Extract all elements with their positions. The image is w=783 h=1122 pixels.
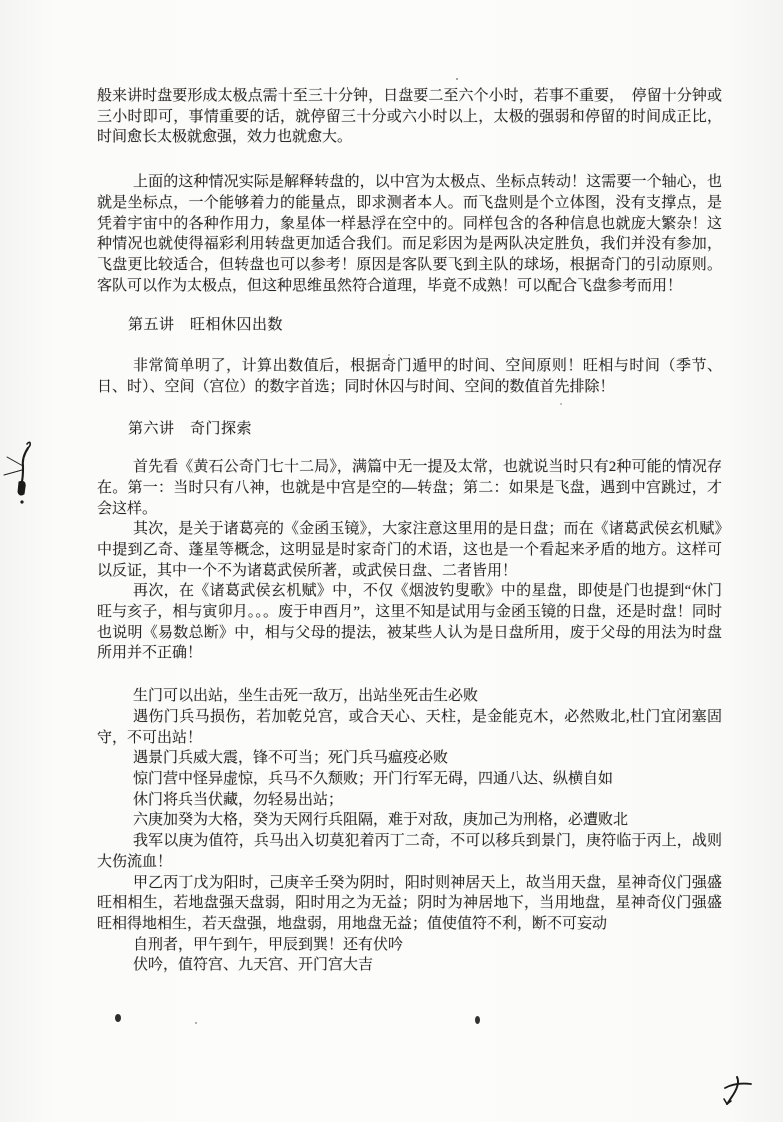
ink-speck	[456, 78, 458, 80]
verse-line: 遇伤门兵马损伤，若加乾兑宫，或合天心、天柱，是金能克木，必然败北,杜门宜闭塞固守…	[97, 707, 722, 748]
handwritten-margin-mark	[0, 436, 38, 510]
verse-line: 伏吟，值符宫、九天宫、开门宫大吉	[97, 955, 722, 976]
page-text-column: 般来讲时盘要形成太极点需十至三十分钟，日盘要二至六个小时，若事不重要， 停留十分…	[97, 86, 722, 976]
verse-line: 生门可以出站，坐生击死一敌万，出站坐死击生必败	[97, 686, 722, 707]
handwritten-corner-mark	[698, 1068, 768, 1114]
body-paragraph: 上面的这种情况实际是解释转盘的，以中宫为太极点、坐标点转动！这需要一个轴心，也就…	[97, 172, 722, 296]
ink-speck	[388, 354, 390, 356]
verse-line: 六庚加癸为大格，癸为天网行兵阻隔，难于对敌，庚加己为刑格，必遭败北	[97, 810, 722, 831]
ink-speck	[475, 1016, 480, 1024]
ink-speck	[115, 1014, 121, 1022]
body-paragraph: 再次，在《诸葛武侯玄机赋》中，不仅《烟波钓叟歌》中的星盘，即使是门也提到“休门旺…	[97, 581, 722, 664]
verse-line: 自刑者，甲午到午，甲辰到巽！还有伏吟	[97, 935, 722, 956]
verse-line: 我军以庚为值符，兵马出入切莫犯着丙丁二奇，不可以移兵到景门，庚符临于丙上，战则大…	[97, 831, 722, 872]
body-paragraph: 非常简单明了，计算出数值后，根据奇门遁甲的时间、空间原则！旺相与时间（季节、日、…	[97, 356, 722, 397]
scanned-page: 般来讲时盘要形成太极点需十至三十分钟，日盘要二至六个小时，若事不重要， 停留十分…	[0, 0, 783, 1122]
body-paragraph: 首先看《黄石公奇门七十二局》，满篇中无一提及太常，也就说当时只有2种可能的情况存…	[97, 457, 722, 519]
ink-speck	[560, 403, 562, 405]
verse-line: 惊门营中怪异虚惊，兵马不久颓败；开门行军无碍，四通八达、纵横自如	[97, 769, 722, 790]
verse-line: 甲乙丙丁戊为阳时，己庚辛壬癸为阴时，阳时则神居天上，故当用天盘，星神奇仪门强盛旺…	[97, 873, 722, 935]
ink-speck	[195, 1022, 197, 1024]
verse-line: 遇景门兵威大震，锋不可当；死门兵马瘟疫必败	[97, 748, 722, 769]
lecture-heading-5: 第五讲 旺相休囚出数	[97, 315, 722, 336]
body-paragraph: 其次，是关于诸葛亮的《金函玉镜》，大家注意这里用的是日盘；而在《诸葛武侯玄机赋》…	[97, 519, 722, 581]
lecture-heading-6: 第六讲 奇门探索	[97, 419, 722, 440]
body-paragraph: 般来讲时盘要形成太极点需十至三十分钟，日盘要二至六个小时，若事不重要， 停留十分…	[97, 86, 722, 148]
verse-line: 休门将兵当伏藏，勿轻易出站；	[97, 790, 722, 811]
